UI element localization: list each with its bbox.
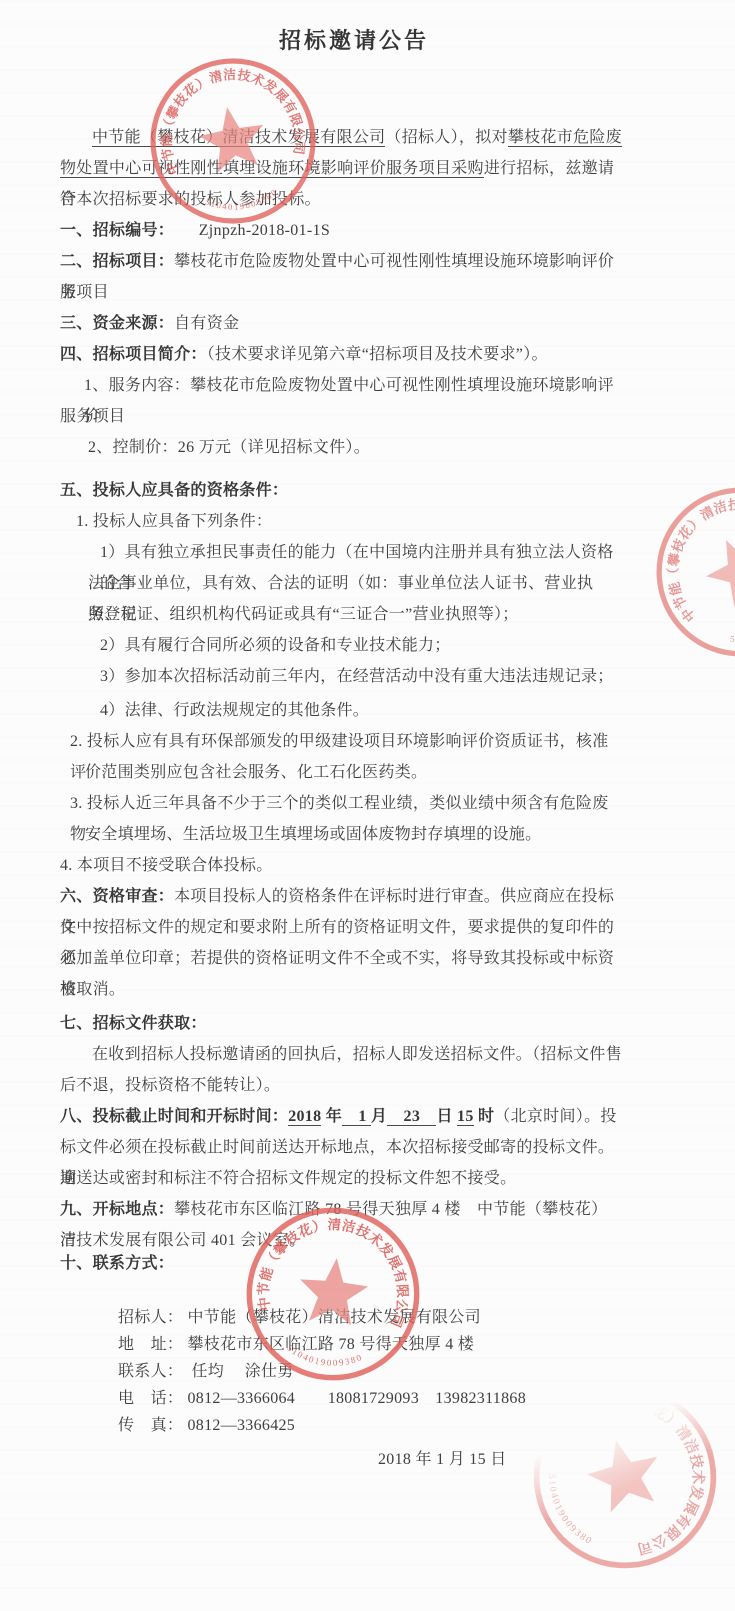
section-heading: 四、招标项目简介： [60, 346, 207, 363]
text-segment: 地 址： 攀枝花市东区临江路 78 号得天独厚 4 楼 [118, 1336, 474, 1353]
seal-ring [632, 463, 735, 681]
section-heading: 一、招标编号： [60, 222, 166, 239]
deadline-hour: 15 [457, 1108, 474, 1126]
doc-line: 九、开标地点：攀枝花市东区临江路 78 号得天独厚 4 楼 中节能（攀枝花）清 [60, 1194, 622, 1225]
text-segment: 4）法律、行政法规规定的其他条件。 [100, 702, 369, 719]
text-segment: 2、控制价：26 万元（详见招标文件）。 [88, 439, 370, 456]
text-segment: 后不退，投标资格不能转让）。 [60, 1077, 280, 1094]
doc-line: 须加盖单位印章；若提供的资格证明文件不全或不实，将导致其投标或中标资格 [60, 943, 622, 974]
text-segment: 被取消。 [60, 981, 125, 998]
text-segment: （招标人），拟对 [385, 129, 507, 146]
text-segment: 电 话： 0812—3366064 18081729093 1398231186… [118, 1390, 526, 1407]
doc-line: 八、投标截止时间和开标时间：2018 年 1 月 23 日 15 时（北京时间）… [60, 1101, 622, 1132]
section-heading: 七、招标文件获取： [60, 1015, 207, 1032]
contact-line-tenderer: 招标人： 中节能（攀枝花）清洁技术发展有限公司 [60, 1304, 622, 1331]
document-body: 招标邀请公告 中节能（攀枝花）清洁技术发展有限公司（招标人），拟对攀枝花市危险废… [60, 0, 622, 1473]
text-segment: 1. 投标人应具备下列条件： [76, 513, 272, 530]
doc-line: 2. 投标人应有具有环保部颁发的甲级建设项目环境影响评价资质证书，核准评 [60, 726, 622, 757]
doc-line: 十、联系方式： [60, 1248, 622, 1279]
text-segment: 务登记证、组织机构代码证或具有“三证合一”营业执照等）； [88, 606, 519, 623]
doc-line: 务登记证、组织机构代码证或具有“三证合一”营业执照等）； [60, 599, 622, 630]
contact-line-address: 地 址： 攀枝花市东区临江路 78 号得天独厚 4 楼 [60, 1331, 622, 1358]
text-segment: 安全填埋场、生活垃圾卫生填埋场或固体废物封存填埋的设施。 [85, 826, 541, 843]
section-heading: 八、投标截止时间和开标时间： [60, 1108, 288, 1125]
section-heading: 三、资金来源： [60, 315, 174, 332]
text-segment: 4. 本项目不接受联合体投标。 [60, 857, 273, 874]
text-segment: 自有资金 [174, 315, 239, 332]
section-heading: 十、联系方式： [60, 1255, 174, 1272]
text-segment: 时 [474, 1108, 495, 1125]
doc-line: 安全填埋场、生活垃圾卫生填埋场或固体废物封存填埋的设施。 [60, 819, 622, 850]
doc-line: 法企事业单位，具有效、合法的证明（如：事业单位法人证书、营业执照、税 [60, 568, 622, 599]
company-seal-stamp-right: 中节能（攀枝花）清洁技术发展有限公司 5104019009380 [624, 455, 735, 689]
deadline-day: 23 [387, 1108, 436, 1126]
text-segment: 洁技术发展有限公司 401 会议室。 [60, 1232, 305, 1249]
doc-line: 后不退，投标资格不能转让）。 [60, 1070, 622, 1101]
doc-line: 价范围类别应包含社会服务、化工石化医药类。 [60, 757, 622, 788]
doc-line: 2、控制价：26 万元（详见招标文件）。 [60, 432, 622, 463]
doc-line: 4. 本项目不接受联合体投标。 [60, 850, 622, 881]
seal-serial-number: 5104019009380 [535, 1469, 599, 1553]
doc-line: 2）具有履行合同所必须的设备和专业技术能力； [60, 630, 622, 661]
section-heading: 五、投标人应具备的资格条件： [60, 482, 288, 499]
doc-line: 1、服务内容：攀枝花市危险废物处置中心可视性刚性填埋设施环境影响评价 [60, 370, 622, 401]
seal-arc-text: 中节能（攀枝花）清洁技术发展有限公司 [639, 471, 735, 630]
doc-line: 1. 投标人应具备下列条件： [60, 506, 622, 537]
deadline-year: 2018 [288, 1108, 321, 1126]
underlined-text: 物处置中心可视性刚性填埋设施环境影响评价服务项目采购 [60, 160, 484, 178]
doc-line: 七、招标文件获取： [60, 1008, 622, 1039]
doc-line: 物处置中心可视性刚性填埋设施环境影响评价服务项目采购进行招标，兹邀请符 [60, 153, 622, 184]
text-segment: （北京时间）。投 [494, 1108, 616, 1125]
doc-line: 4）法律、行政法规规定的其他条件。 [60, 695, 622, 726]
doc-line: 期送达或密封和标注不符合招标文件规定的投标文件恕不接受。 [60, 1163, 622, 1194]
deadline-month: 1 [342, 1108, 371, 1126]
tender-number: Zjnpzh-2018-01-1S [166, 222, 330, 239]
doc-line: 3）参加本次招标活动前三年内，在经营活动中没有重大违法违规记录； [60, 661, 622, 692]
doc-line: 被取消。 [60, 974, 622, 1005]
contact-line-phone: 电 话： 0812—3366064 18081729093 1398231186… [60, 1385, 622, 1412]
text-segment: （技术要求详见第六章“招标项目及技术要求”）。 [207, 346, 548, 363]
text-segment: 务项目 [60, 284, 109, 301]
doc-line: 服务项目 [60, 401, 622, 432]
doc-line: 二、招标项目：攀枝花市危险废物处置中心可视性刚性填埋设施环境影响评价服 [60, 246, 622, 277]
text-segment: 联系人： 任均 涂仕勇 [118, 1363, 294, 1380]
doc-line: 标文件必须在投标截止时间前送达开标地点，本次招标接受邮寄的投标文件。逾 [60, 1132, 622, 1163]
doc-line: 务项目 [60, 277, 622, 308]
contact-line-person: 联系人： 任均 涂仕勇 [60, 1358, 622, 1385]
section-heading: 二、招标项目： [60, 253, 174, 270]
document-page: 招标邀请公告 中节能（攀枝花）清洁技术发展有限公司（招标人），拟对攀枝花市危险废… [0, 0, 735, 1611]
svg-text:5104019009380: 5104019009380 [535, 1469, 599, 1553]
doc-line: 3. 投标人近三年具备不少于三个的类似工程业绩，类似业绩中须含有危险废物 [60, 788, 622, 819]
star-icon [696, 526, 735, 612]
text-segment: 传 真： 0812—3366425 [118, 1417, 295, 1434]
date-line: 2018 年 1 月 15 日 [60, 1446, 622, 1473]
section-heading: 九、开标地点： [60, 1201, 174, 1218]
doc-line: 六、资格审查：本项目投标人的资格条件在评标时进行审查。供应商应在投标文 [60, 881, 622, 912]
doc-line: 1）具有独立承担民事责任的能力（在中国境内注册并具有独立法人资格的合 [60, 537, 622, 568]
text-segment: 日 [436, 1108, 457, 1125]
text-segment: 月 [371, 1108, 387, 1125]
text-segment: 3）参加本次招标活动前三年内，在经营活动中没有重大违法违规记录； [100, 668, 614, 685]
underlined-text: 攀枝花市危险废 [508, 129, 622, 147]
text-segment: 服务项目 [60, 408, 125, 425]
svg-text:中节能（攀枝花）清洁技术发展有限公司: 中节能（攀枝花）清洁技术发展有限公司 [639, 471, 735, 630]
doc-line: 一、招标编号： Zjnpzh-2018-01-1S [60, 215, 622, 246]
text-segment: 年 [321, 1108, 342, 1125]
text-segment: 2）具有履行合同所必须的设备和专业技术能力； [100, 637, 451, 654]
text-segment: 期送达或密封和标注不符合招标文件规定的投标文件恕不接受。 [60, 1170, 516, 1187]
text-segment: 在收到招标人投标邀请函的回执后，招标人即发送招标文件。（招标文件售 [92, 1046, 622, 1063]
seal-serial-number: 5104019009380 [726, 603, 735, 655]
doc-line: 三、资金来源：自有资金 [60, 308, 622, 339]
underlined-text: 中节能（攀枝花）清洁技术发展有限公司 [92, 129, 385, 147]
svg-text:5104019009380: 5104019009380 [726, 603, 735, 655]
text-segment: 招标人： 中节能（攀枝花）清洁技术发展有限公司 [118, 1309, 481, 1326]
page-title: 招标邀请公告 [73, 28, 635, 54]
doc-line: 合本次招标要求的投标人参加投标。 [60, 184, 622, 215]
contact-line-fax: 传 真： 0812—3366425 [60, 1412, 622, 1439]
doc-line: 四、招标项目简介：（技术要求详见第六章“招标项目及技术要求”）。 [60, 339, 622, 370]
section-heading: 六、资格审查： [60, 888, 174, 905]
text-segment: 合本次招标要求的投标人参加投标。 [60, 191, 321, 208]
doc-line: 中节能（攀枝花）清洁技术发展有限公司（招标人），拟对攀枝花市危险废 [60, 122, 622, 153]
doc-line: 五、投标人应具备的资格条件： [60, 475, 622, 506]
doc-line: 在收到招标人投标邀请函的回执后，招标人即发送招标文件。（招标文件售 [60, 1039, 622, 1070]
text-segment: 价范围类别应包含社会服务、化工石化医药类。 [85, 764, 427, 781]
doc-line: 件中按招标文件的规定和要求附上所有的资格证明文件，要求提供的复印件的必 [60, 912, 622, 943]
